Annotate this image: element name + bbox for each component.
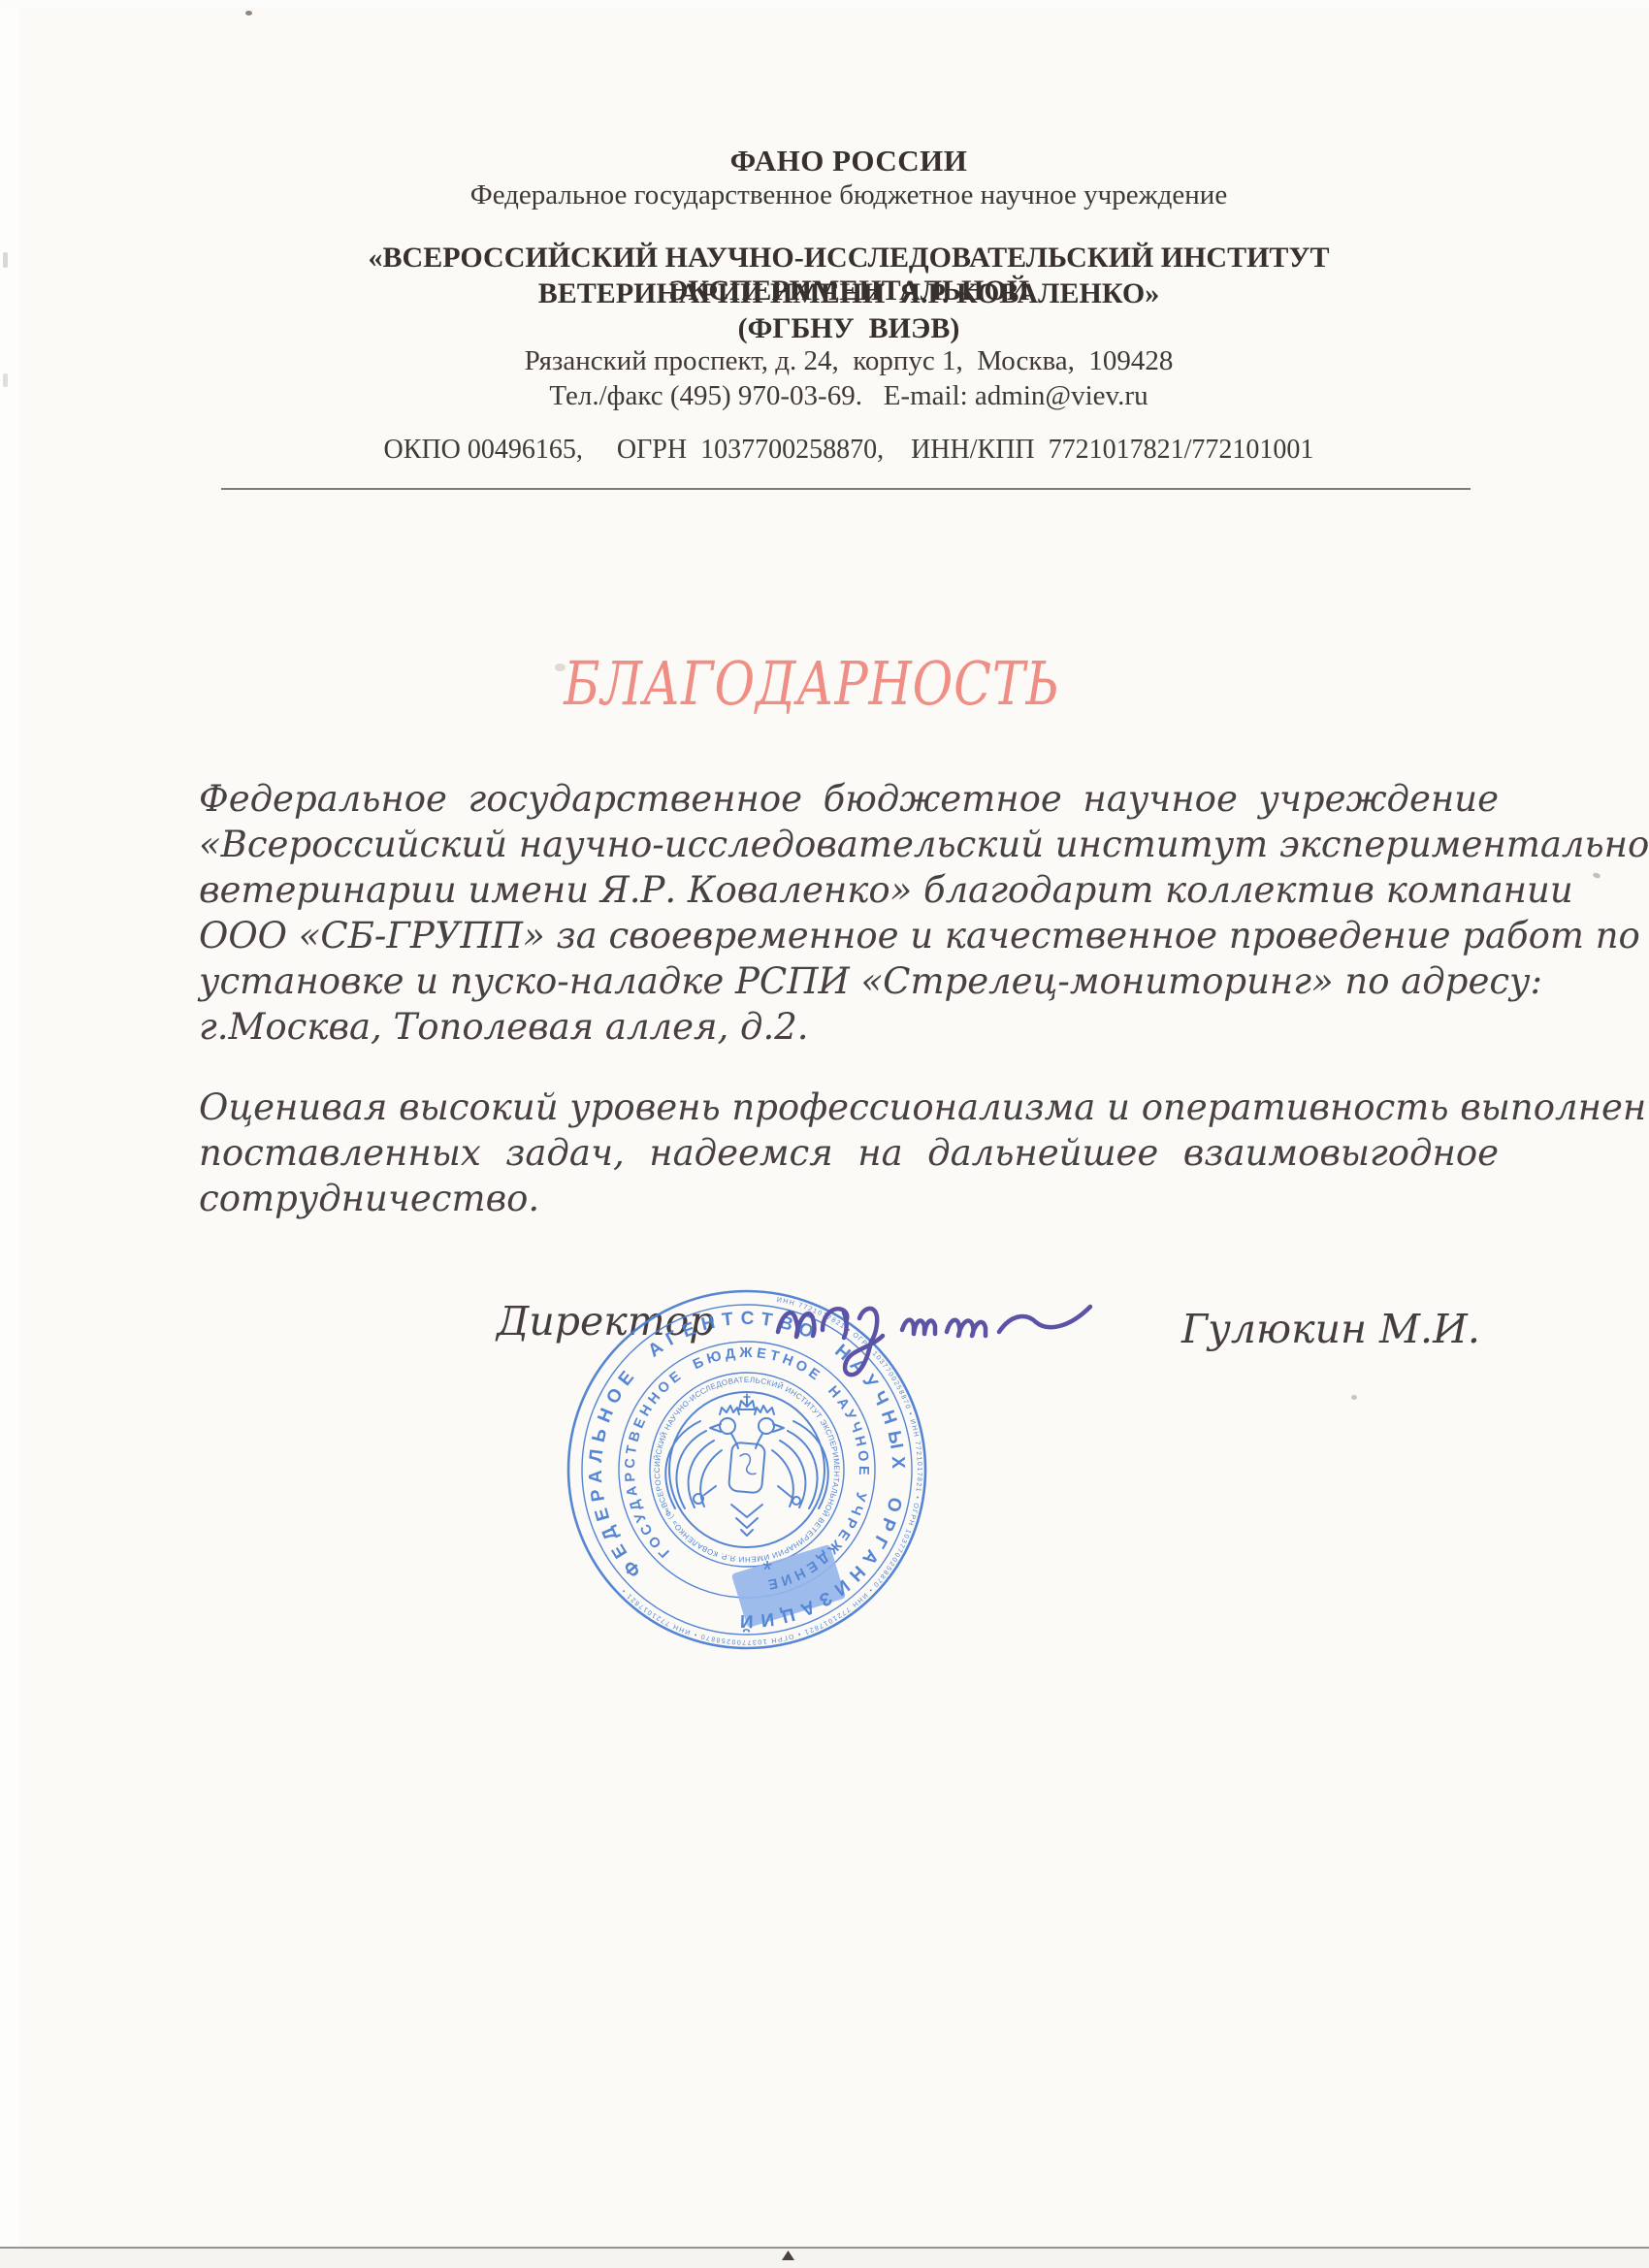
stamp-asterisk: * [762,1555,772,1584]
body-line: Оценивая высокий уровень профессионализм… [199,1085,1499,1130]
body-paragraph-2: Оценивая высокий уровень профессионализм… [199,1085,1499,1221]
director-signature [766,1276,1135,1402]
signer-name: Гулюкин М.И. [1181,1306,1480,1352]
agency-name: ФАНО РОССИИ [199,144,1499,178]
scan-edge-top [0,0,1649,8]
scan-speck [555,664,566,671]
contact-line: Тел./факс (495) 970-03-69. E-mail: admin… [199,380,1499,412]
double-headed-eagle-emblem [665,1394,827,1536]
body-line: ООО «СБ-ГРУПП» за своевременное и качест… [199,913,1499,958]
institute-abbreviation: (ФГБНУ ВИЭВ) [199,312,1499,345]
scan-edge-bottom [0,2249,1649,2268]
scan-speck [1351,1395,1357,1400]
registry-codes-line: ОКПО 00496165, ОГРН 1037700258870, ИНН/К… [199,435,1499,466]
body-line: сотрудничество. [199,1176,1499,1221]
body-line: установке и пуско-наладке РСПИ «Стрелец-… [199,958,1499,1004]
scan-speck [3,252,8,268]
scan-speck [3,373,8,387]
body-line: Федеральное государственное бюджетное на… [199,776,1499,822]
header-divider-line [221,488,1471,490]
body-paragraph-1: Федеральное государственное бюджетное на… [199,776,1499,1050]
document-title: БЛАГОДАРНОСТЬ [279,648,1345,719]
body-line: поставленных задач, надеемся на дальнейш… [199,1130,1499,1176]
scanned-letter-page: ФАНО РОССИИ Федеральное государственное … [0,0,1649,2268]
institute-name-line2: ВЕТЕРИНАРИИ ИМЕНИ Я.Р. КОВАЛЕНКО» [199,277,1499,310]
scan-speck [1592,872,1600,879]
body-line: «Всероссийский научно-исследовательский … [199,822,1499,867]
body-line: ветеринарии имени Я.Р. Коваленко» благод… [199,867,1499,913]
organization-type: Федеральное государственное бюджетное на… [199,179,1499,211]
scan-edge-left [0,0,19,2268]
body-line: г.Москва, Тополевая аллея, д.2. [199,1004,1499,1050]
address-line: Рязанский проспект, д. 24, корпус 1, Мос… [199,345,1499,377]
scan-speck [245,11,252,16]
